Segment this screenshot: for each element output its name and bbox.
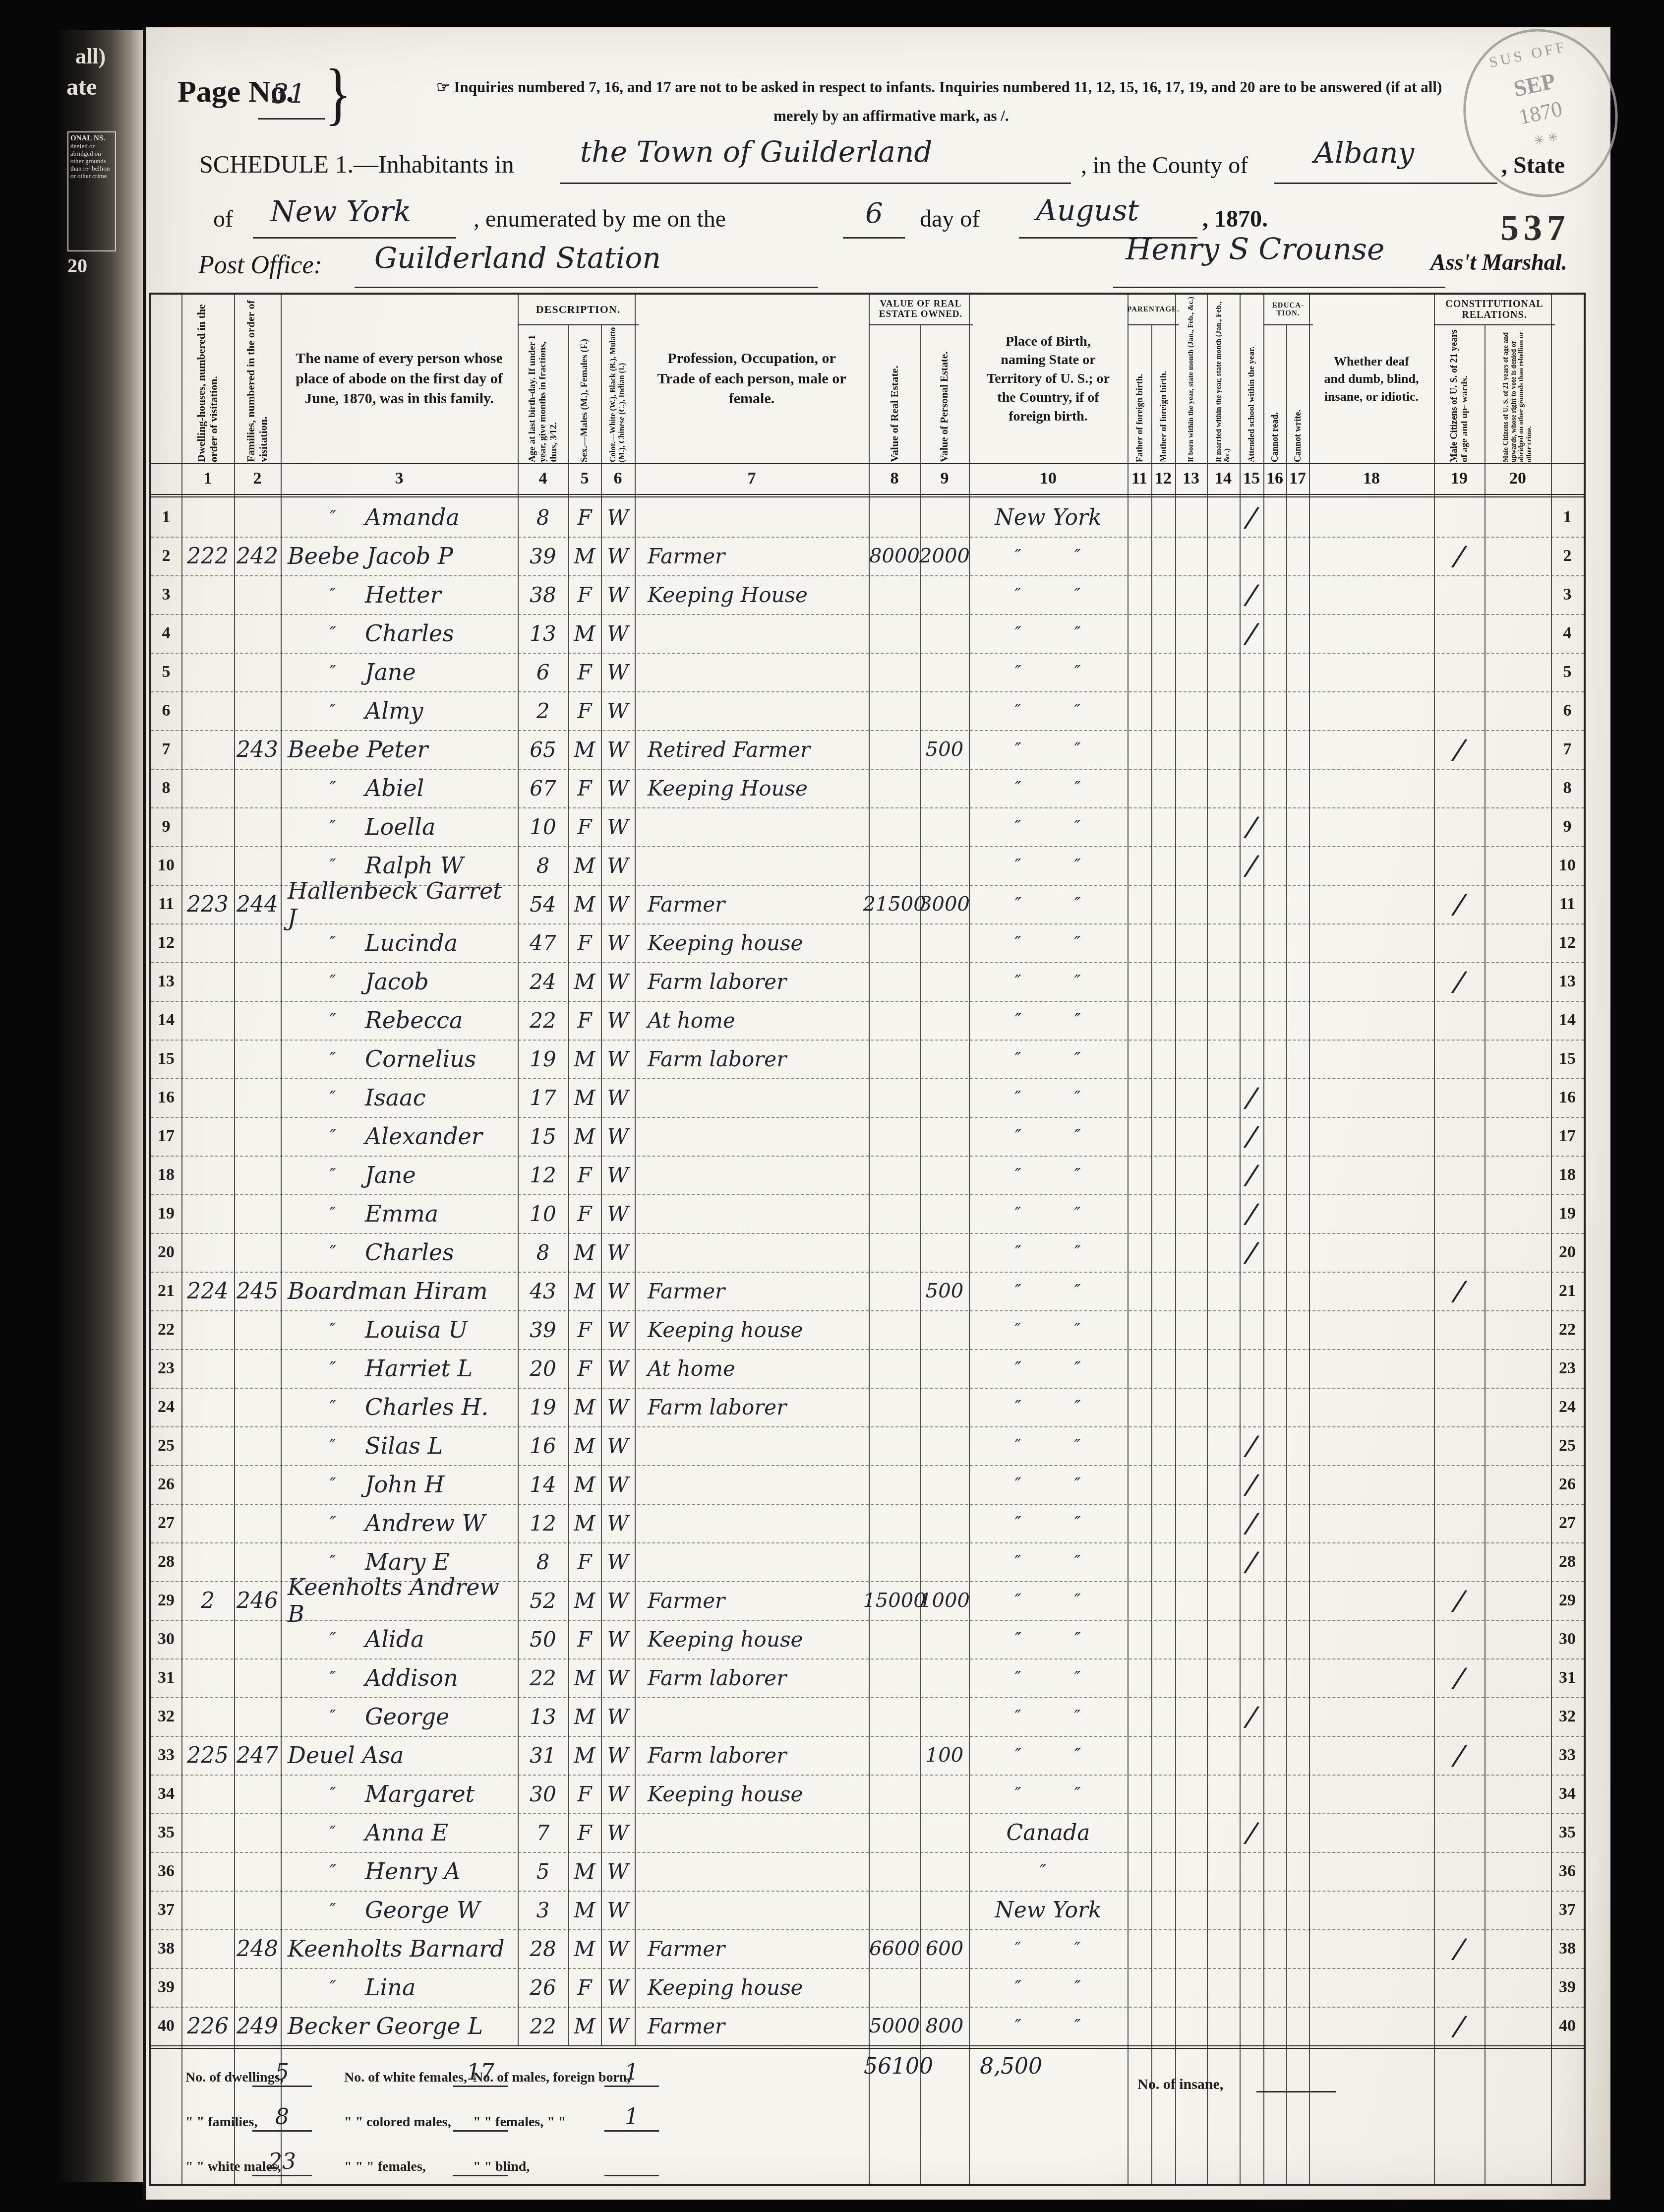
cell-sex: F [568,1156,601,1194]
cell-birthplace-ditto: ″ [1063,1581,1093,1620]
cell-sex: F [568,1775,601,1813]
cell-birthplace-ditto: ″ [1004,885,1033,923]
line-number-right: 18 [1551,1156,1584,1194]
cell-real-estate: 21500 [869,885,920,923]
county-value: Albany [1314,136,1414,170]
line-number-right: 28 [1551,1542,1584,1581]
cell-birthplace-ditto: ″ [1004,614,1033,653]
cell-birthplace-ditto: ″ [1063,769,1093,807]
cell-name: Keenholts Barnard [288,1929,518,1968]
cell-age: 39 [518,537,568,575]
cell-sex: F [568,653,601,691]
cell-birthplace-ditto: ″ [1063,1426,1093,1465]
cell-personal-estate: 1000 [920,1581,969,1620]
line-number-right: 38 [1551,1929,1584,1968]
line-number-right: 32 [1551,1697,1584,1736]
cell-occupation: Farmer [648,1581,869,1620]
male-citizen-tick: / [1432,1733,1486,1777]
cell-occupation: Farm laborer [648,962,869,1001]
cell-color: W [601,537,635,575]
cell-age: 8 [518,498,568,537]
cell-name: Alexander [365,1117,518,1156]
cell-sex: F [568,769,601,807]
column-heading: Place of Birth, naming State or Territor… [971,296,1126,462]
cell-occupation: At home [648,1001,869,1040]
male-citizen-tick: / [1432,534,1486,578]
footer-summary-value: 5 [252,2060,312,2087]
column-heading-text: Cannot write. [1293,325,1303,462]
cell-birthplace-ditto: ″ [1004,1078,1033,1117]
line-number-right: 12 [1551,923,1584,962]
cell-dwelling: 224 [181,1272,234,1310]
cell-sex: M [568,614,601,653]
column-heading-text: Cannot read. [1270,325,1280,462]
day-value: 6 [865,197,883,230]
line-number-right: 21 [1551,1272,1584,1310]
column-heading: Profession, Occupation, or Trade of each… [637,296,867,462]
cell-birthplace-ditto: ″ [1004,846,1033,885]
cell-color: W [601,1001,635,1040]
cell-occupation: Farmer [648,537,869,575]
cell-age: 19 [518,1040,568,1078]
cell-surname-ditto: ″ [323,1659,343,1697]
line-number-left: 35 [151,1813,181,1852]
column-number: 10 [969,469,1128,488]
cell-dwelling: 222 [181,537,234,575]
cell-birthplace-ditto: ″ [1063,1736,1093,1775]
attended-school-tick: / [1238,806,1265,848]
column-group-heading: DESCRIPTION. [518,295,639,325]
cell-name: Abiel [365,769,518,807]
cell-birthplace-ditto: ″ [1004,1659,1033,1697]
line-number-right: 27 [1551,1504,1584,1542]
male-citizen-tick: / [1432,1927,1486,1970]
column-heading-text: Age at last birth-day. If under 1 year, … [527,325,559,462]
line-number-right: 6 [1551,691,1584,730]
cell-surname-ditto: ″ [323,1233,343,1272]
state-word: , State [1501,152,1565,179]
line-number-right: 15 [1551,1040,1584,1078]
cell-color: W [601,614,635,653]
cell-color: W [601,1388,635,1426]
cell-sex: M [568,846,601,885]
cell-occupation: Farmer [648,1272,869,1310]
cell-color: W [601,1349,635,1388]
cell-age: 10 [518,1194,568,1233]
line-number-right: 10 [1551,846,1584,885]
line-number-left: 15 [151,1040,181,1078]
cell-surname-ditto: ″ [323,962,343,1001]
column-group-heading: CONSTITUTIONAL RELATIONS. [1434,295,1555,325]
attended-school-tick: / [1238,1232,1265,1273]
cell-sex: F [568,1542,601,1581]
line-number-left: 22 [151,1310,181,1349]
attended-school-tick: / [1238,1696,1265,1737]
line-number-right: 34 [1551,1775,1584,1813]
cell-color: W [601,1852,635,1891]
column-line [920,325,921,2184]
column-heading: Cannot write. [1287,325,1308,462]
cell-age: 14 [518,1465,568,1504]
footer-summary-label: " " colored males, [344,2114,451,2130]
attended-school-tick: / [1238,1155,1265,1196]
cell-surname-ditto: ″ [323,1504,343,1542]
line-number-left: 36 [151,1852,181,1891]
cell-color: W [601,846,635,885]
line-number-left: 12 [151,923,181,962]
attended-school-tick: / [1238,497,1265,538]
cell-sex: M [568,1388,601,1426]
line-number-right: 36 [1551,1852,1584,1891]
cell-age: 67 [518,769,568,807]
line-number-right: 14 [1551,1001,1584,1040]
column-heading-text: If married within the year, state month … [1215,296,1232,462]
line-number-left: 8 [151,769,181,807]
cell-surname-ditto: ″ [323,1620,343,1659]
cell-occupation: Keeping House [648,769,869,807]
column-line [1240,295,1241,2184]
cell-age: 52 [518,1581,568,1620]
footer-summary-label: " " females, " " [473,2114,566,2130]
column-heading: Father of foreign birth. [1129,325,1150,462]
cell-age: 20 [518,1349,568,1388]
cell-birthplace-ditto: ″ [1063,1929,1093,1968]
cell-age: 5 [518,1852,568,1891]
cell-occupation: Keeping House [648,575,869,614]
cell-color: W [601,1736,635,1775]
cell-birthplace-ditto: ″ [1004,1620,1033,1659]
cell-sex: M [568,1426,601,1465]
cell-name: Jane [365,653,518,691]
cell-sex: M [568,885,601,923]
cell-age: 7 [518,1813,568,1852]
column-line [1263,295,1264,2184]
column-number: 3 [281,469,518,488]
cell-family: 244 [234,885,281,923]
cell-name: Keenholts Andrew B [288,1581,518,1620]
cell-birthplace-ditto: ″ [1063,1194,1093,1233]
column-line [635,295,636,2045]
line-number-right: 25 [1551,1426,1584,1465]
column-number: 5 [568,469,601,488]
cell-occupation: Retired Farmer [648,730,869,769]
cell-sex: M [568,1504,601,1542]
cell-real-estate: 6600 [869,1929,920,1968]
male-citizen-tick: / [1432,2004,1486,2048]
line-number-right: 2 [1551,537,1584,575]
cell-age: 3 [518,1891,568,1929]
column-group-heading: EDUCA- TION. [1263,295,1313,325]
cell-birthplace-ditto: ″ [1063,1272,1093,1310]
cell-sex: F [568,1194,601,1233]
line-number-left: 3 [151,575,181,614]
cell-birthplace-ditto: ″ [1063,1504,1093,1542]
line-number-left: 19 [151,1194,181,1233]
cell-name: Becker George L [288,2007,518,2045]
cell-birthplace-ditto: ″ [1004,1310,1033,1349]
cell-birthplace-ditto: ″ [1063,2007,1093,2045]
cell-age: 50 [518,1620,568,1659]
cell-sex: M [568,1272,601,1310]
cell-dwelling: 226 [181,2007,234,2045]
cell-name: Silas L [365,1426,518,1465]
cell-birthplace-ditto: ″ [1004,807,1033,846]
cell-color: W [601,1194,635,1233]
line-number-left: 24 [151,1388,181,1426]
line-number-right: 19 [1551,1194,1584,1233]
column-line [1485,325,1486,2184]
column-heading-text: Dwelling-houses, numbered in the order o… [195,296,220,462]
cell-name: Rebecca [365,1001,518,1040]
cell-sex: M [568,1736,601,1775]
line-number-left: 37 [151,1891,181,1929]
line-number-right: 5 [1551,653,1584,691]
cell-sex: F [568,498,601,537]
column-line [1207,295,1208,2184]
cell-name: Addison [365,1659,518,1697]
cell-occupation: Farm laborer [648,1659,869,1697]
column-heading-text: Mother of foreign birth. [1158,325,1168,462]
cell-occupation: Keeping house [648,1620,869,1659]
cell-surname-ditto: ″ [323,1194,343,1233]
column-line [869,295,870,2184]
line-number-right: 29 [1551,1581,1584,1620]
year-label: , 1870. [1202,205,1268,233]
cell-age: 16 [518,1426,568,1465]
cell-sex: M [568,1117,601,1156]
month-value: August [1036,193,1139,227]
column-heading-text: Sex.—Males (M.), Females (F.) [579,325,590,462]
cell-name: Charles [365,1233,518,1272]
column-heading: Value of Personal Estate. [921,325,968,462]
personal-estate-total: 8,500 [959,2050,1063,2082]
cell-birthplace-ditto: ″ [1063,962,1093,1001]
cell-sex: M [568,1659,601,1697]
column-heading: Color.—White (W.), Black (B.), Mulatto (… [602,325,634,462]
cell-sex: F [568,807,601,846]
cell-personal-estate: 600 [920,1929,969,1968]
cell-age: 19 [518,1388,568,1426]
cell-occupation: Farm laborer [648,1736,869,1775]
cell-age: 47 [518,923,568,962]
cell-birthplace-ditto: ″ [1063,691,1093,730]
line-number-left: 16 [151,1078,181,1117]
cell-occupation: Keeping house [648,1310,869,1349]
column-heading: Male Citizens of U. S. of 21 years of ag… [1486,325,1550,462]
edge-column-fragment: ONAL NS. denied or abridged on other gro… [67,131,116,251]
county-label: , in the County of [1081,152,1248,179]
column-heading: Mother of foreign birth. [1152,325,1174,462]
column-line [1128,295,1129,2184]
cell-birthplace-ditto: ″ [1004,575,1033,614]
cell-name: Amanda [365,498,518,537]
line-number-left: 1 [151,498,181,537]
day-of-label: day of [920,205,980,233]
column-heading: Sex.—Males (M.), Females (F.) [569,325,600,462]
previous-page-edge: all) ate ONAL NS. denied or abridged on … [59,30,143,2182]
census-table: DESCRIPTION.VALUE OF REAL ESTATE OWNED.P… [149,293,1586,2186]
of-label: of [213,205,233,233]
cell-age: 26 [518,1968,568,2007]
attended-school-tick: / [1238,1116,1265,1157]
cell-birthplace-ditto: ″ [1063,1697,1093,1736]
cell-birthplace-ditto: ″ [1004,1542,1033,1581]
schedule-title: SCHEDULE 1.—Inhabitants in [199,150,514,179]
column-group-heading: PARENTAGE. [1128,295,1179,325]
cell-surname-ditto: ″ [323,498,343,537]
male-citizen-tick: / [1432,728,1486,771]
cell-sex: M [568,730,601,769]
cell-color: W [601,1465,635,1504]
cell-sex: M [568,1581,601,1620]
line-number-right: 33 [1551,1736,1584,1775]
cell-surname-ditto: ″ [323,1078,343,1117]
cell-birthplace-ditto: ″ [1063,1659,1093,1697]
cell-family: 249 [234,2007,281,2045]
cell-occupation: Farmer [648,2007,869,2045]
cell-birthplace: Canada [969,1813,1128,1852]
line-number-left: 30 [151,1620,181,1659]
column-number: 11 [1128,469,1151,488]
cell-name: Emma [365,1194,518,1233]
line-number-left: 2 [151,537,181,575]
cell-surname-ditto: ″ [323,1891,343,1929]
column-number: 7 [635,469,869,488]
line-number-right: 22 [1551,1310,1584,1349]
line-number-left: 9 [151,807,181,846]
edge-fragment: NS. [94,134,105,142]
cell-personal-estate: 500 [920,730,969,769]
column-heading: Dwelling-houses, numbered in the order o… [182,296,233,462]
column-heading: If married within the year, state month … [1208,296,1239,462]
male-citizen-tick: / [1432,882,1486,926]
cell-sex: F [568,1968,601,2007]
cell-birthplace-ditto: ″ [1063,1775,1093,1813]
cell-real-estate: 8000 [869,537,920,575]
line-number-left: 10 [151,846,181,885]
line-number-left: 27 [151,1504,181,1542]
cell-occupation: Farmer [648,885,869,923]
line-number-right: 20 [1551,1233,1584,1272]
line-number-left: 34 [151,1775,181,1813]
cell-sex: F [568,1620,601,1659]
cell-occupation: Keeping house [648,1775,869,1813]
cell-color: W [601,807,635,846]
cell-birthplace-ditto: ″ [1063,1388,1093,1426]
cell-name: Charles H. [365,1388,518,1426]
cell-birthplace-ditto: ″ [1063,1968,1093,2007]
cell-color: W [601,885,635,923]
cell-birthplace-ditto: ″ [1004,1388,1033,1426]
column-line [281,295,282,2184]
cell-personal-estate: 500 [920,1272,969,1310]
cell-color: W [601,1040,635,1078]
column-number: 19 [1434,469,1485,488]
cell-color: W [601,1156,635,1194]
column-line [1286,325,1287,2184]
cell-name: George W [365,1891,518,1929]
cell-name: Boardman Hiram [288,1272,518,1310]
cell-birthplace-ditto: ″ [1004,1697,1033,1736]
cell-color: W [601,1697,635,1736]
column-number: 8 [869,469,920,488]
column-number: 14 [1207,469,1240,488]
cell-birthplace-ditto: ″ [1004,2007,1033,2045]
line-number-left: 28 [151,1542,181,1581]
line-number-left: 7 [151,730,181,769]
line-number-right: 1 [1551,498,1584,537]
edge-fragment: ate [66,73,97,101]
column-number: 2 [234,469,281,488]
line-number-left: 40 [151,2007,181,2045]
cell-age: 2 [518,691,568,730]
cell-birthplace-ditto: ″ [1063,1620,1093,1659]
cell-name: Lina [365,1968,518,2007]
column-number: 16 [1263,469,1286,488]
cell-name: Beebe Jacob P [288,537,518,575]
cell-birthplace-ditto: ″ [1004,1465,1033,1504]
line-number-right: 8 [1551,769,1584,807]
cell-birthplace-ditto: ″ [1004,1272,1033,1310]
footer-summary-value: 8 [252,2104,312,2132]
cell-color: W [601,923,635,962]
cell-birthplace-ditto: ″ [1004,730,1033,769]
cell-real-estate: 15000 [869,1581,920,1620]
cell-birthplace-ditto: ″ [1063,1117,1093,1156]
cell-surname-ditto: ″ [323,1117,343,1156]
column-heading-text: Value of Real Estate. [889,325,901,462]
cell-age: 22 [518,1001,568,1040]
cell-surname-ditto: ″ [323,1426,343,1465]
cell-age: 22 [518,2007,568,2045]
cell-age: 24 [518,962,568,1001]
cell-family: 248 [234,1929,281,1968]
line-number-left: 39 [151,1968,181,2007]
cell-birthplace-ditto: ″ [1004,1968,1033,2007]
post-office-label: Post Office: [198,250,322,280]
schedule-place-value: the Town of Guilderland [580,135,932,169]
cell-age: 43 [518,1272,568,1310]
attended-school-tick: / [1238,613,1265,654]
line-number-right: 37 [1551,1891,1584,1929]
line-number-right: 4 [1551,614,1584,653]
line-number-right: 7 [1551,730,1584,769]
enumerated-label: , enumerated by me on the [474,205,726,233]
column-number: 20 [1485,469,1551,488]
cell-sex: F [568,1001,601,1040]
column-number: 15 [1240,469,1263,488]
cell-birthplace-ditto: ″ [1063,1078,1093,1117]
cell-age: 13 [518,614,568,653]
cell-birthplace-ditto: ″ [1004,1194,1033,1233]
cell-birthplace-ditto: ″ [1004,1156,1033,1194]
cell-birthplace-ditto: ″ [1063,1040,1093,1078]
cell-birthplace-ditto: ″ [1004,769,1033,807]
cell-birthplace-ditto: ″ [1063,1349,1093,1388]
cell-color: W [601,1659,635,1697]
line-number-left: 21 [151,1272,181,1310]
cell-name: Loella [365,807,518,846]
column-line [601,325,602,2045]
cell-birthplace-ditto: ″ [1063,730,1093,769]
cell-sex: M [568,1891,601,1929]
cell-birthplace-ditto: ″ [1004,1117,1033,1156]
cell-birthplace-ditto: ″ [1004,1001,1033,1040]
cell-sex: M [568,1465,601,1504]
line-number-right: 35 [1551,1813,1584,1852]
cell-occupation: Farm laborer [648,1040,869,1078]
cell-surname-ditto: ″ [323,575,343,614]
